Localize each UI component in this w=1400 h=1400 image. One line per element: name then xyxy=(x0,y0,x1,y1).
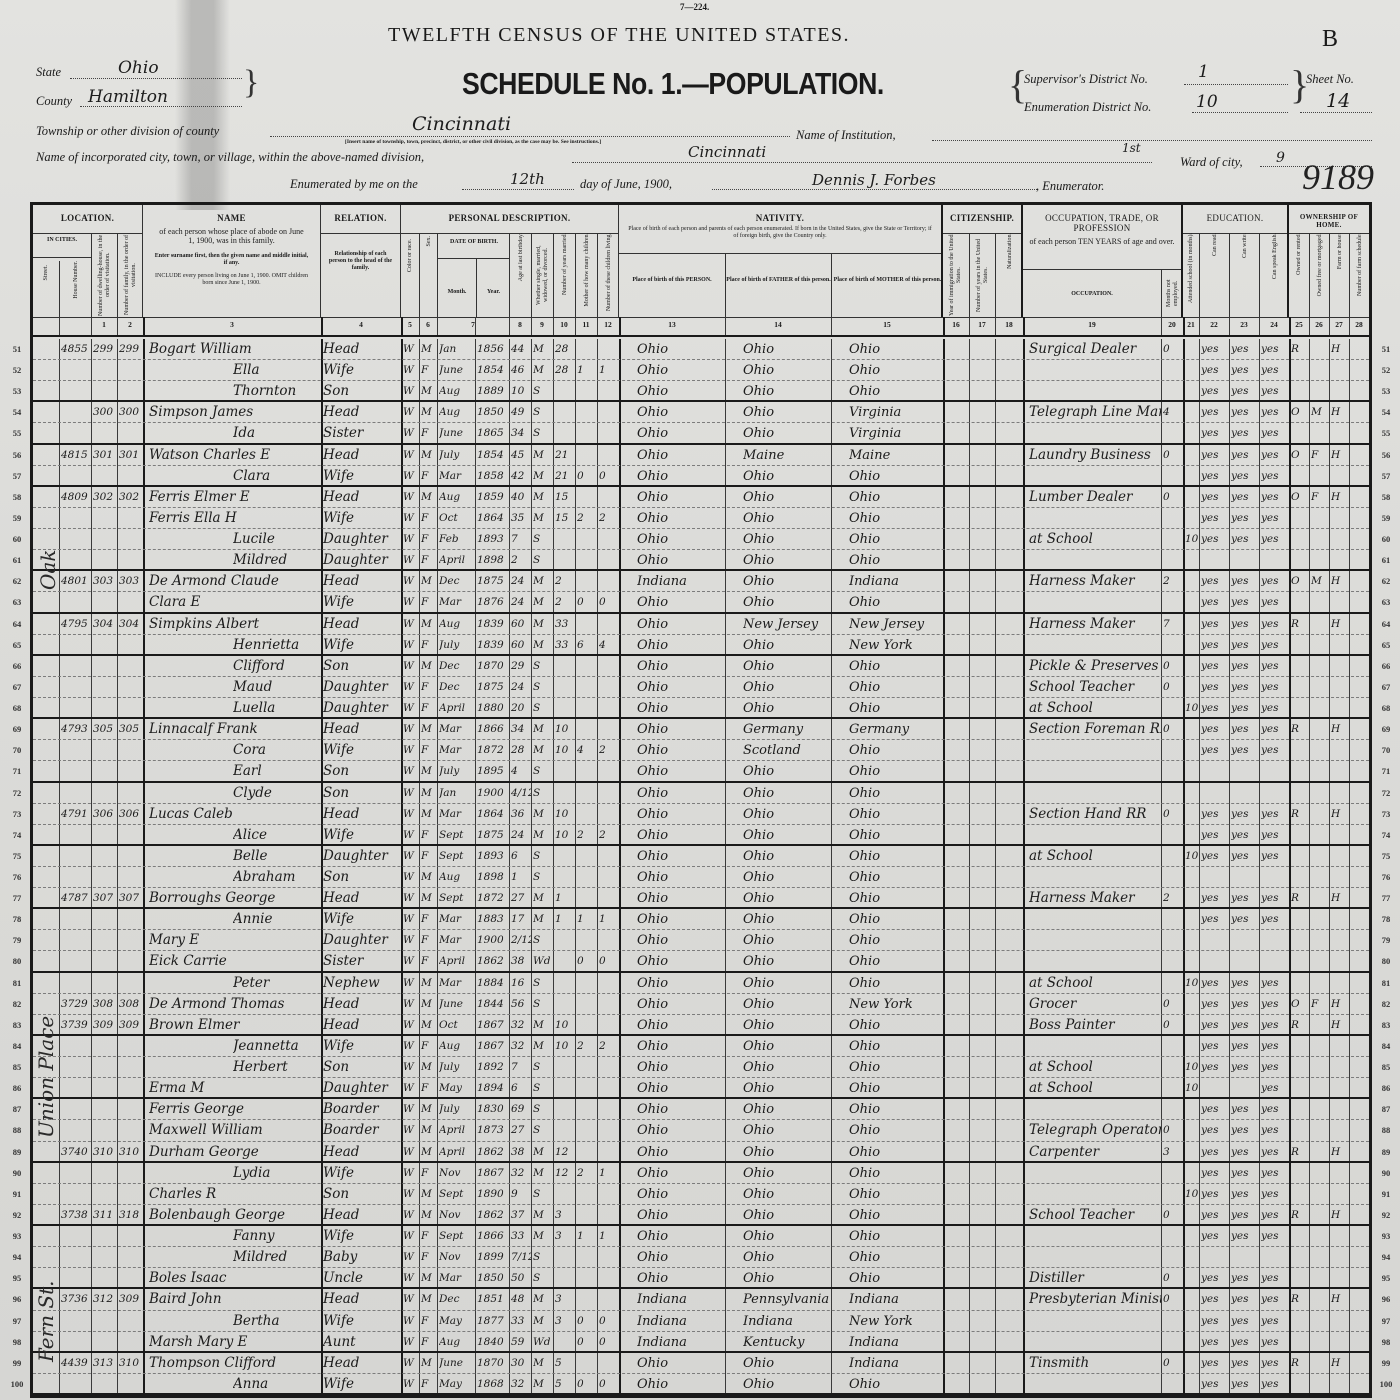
cell-yr: 1865 xyxy=(477,423,509,442)
cell-mp: Virginia xyxy=(849,402,943,422)
cell-rd: yes xyxy=(1201,1353,1229,1373)
cell-ym xyxy=(555,1078,575,1097)
cell-occ xyxy=(1029,1099,1161,1119)
cell-mon: April xyxy=(439,1120,475,1140)
cell-fp: Ohio xyxy=(743,973,831,993)
cell-age: 24 xyxy=(511,571,531,591)
can-read-header: Can read. xyxy=(1199,233,1230,317)
cell-wr: yes xyxy=(1231,1142,1259,1161)
name-title: NAME xyxy=(143,205,320,223)
cell-col: W xyxy=(403,1353,419,1373)
cell-ch xyxy=(577,423,597,442)
cell-sch: 10 xyxy=(1185,1057,1199,1077)
cell-sch xyxy=(1185,1332,1199,1351)
cell-mu: 0 xyxy=(1163,1120,1183,1140)
cell-fp: Pennsylvania xyxy=(743,1289,831,1309)
cell-sex: F xyxy=(421,1226,437,1246)
cell-col: W xyxy=(403,719,419,739)
cell-ms: S xyxy=(533,656,553,676)
row-number-left: 65 xyxy=(6,640,28,650)
cell-own: R xyxy=(1291,1353,1309,1373)
cell-col: W xyxy=(403,1142,419,1161)
cell-en: yes xyxy=(1261,381,1289,400)
cell-occ xyxy=(1029,867,1161,887)
cell-age: 7/12 xyxy=(511,1247,531,1267)
owned-rented-header-text: Owned or rented. xyxy=(1296,233,1303,275)
immigration-header-text: Year of immigration to the United States… xyxy=(949,233,963,317)
free-mortgaged-header-text: Owned free or mortgaged. xyxy=(1317,233,1324,296)
cell-name: Belle xyxy=(233,846,321,866)
cell-name: Lydia xyxy=(233,1163,321,1183)
cell-sex: F xyxy=(421,466,437,485)
cell-mp: Indiana xyxy=(849,1353,943,1373)
cell-name: Abraham xyxy=(233,867,321,887)
cell-occ xyxy=(1029,360,1161,380)
row-number-right: 99 xyxy=(1375,1358,1397,1368)
cell-sch xyxy=(1185,1142,1199,1161)
cell-dw xyxy=(93,656,117,676)
schedule-title: SCHEDULE No. 1.—POPULATION. xyxy=(462,66,884,102)
cell-house xyxy=(61,677,91,697)
cell-age: 40 xyxy=(511,487,531,507)
cell-occ: at School xyxy=(1029,1057,1161,1077)
cell-cl xyxy=(599,888,619,907)
cell-col: W xyxy=(403,867,419,887)
cell-name: Thompson Clifford xyxy=(149,1353,321,1373)
column-rule xyxy=(1023,317,1025,335)
cell-mp: Ohio xyxy=(849,825,943,844)
cell-sex: M xyxy=(421,1015,437,1034)
cell-wr xyxy=(1231,1247,1259,1267)
attended-school-header: Attended school (in months). xyxy=(1183,233,1199,317)
cell-house xyxy=(61,1226,91,1246)
cell-rd: yes xyxy=(1201,846,1229,866)
table-row: Charles RSonWMSept18909SOhioOhioOhio10ye… xyxy=(33,1184,1369,1205)
row-number-right: 56 xyxy=(1375,450,1397,460)
cell-col: W xyxy=(403,804,419,824)
cell-house xyxy=(61,930,91,950)
cell-sex: F xyxy=(421,635,437,654)
table-row: 3739309309Brown ElmerHeadWMOct186732M10O… xyxy=(33,1015,1369,1036)
cell-mon: Aug xyxy=(439,1036,475,1056)
cell-sex: F xyxy=(421,677,437,697)
table-row: Marsh Mary EAuntWFAug184059Wd00IndianaKe… xyxy=(33,1332,1369,1353)
cell-dw xyxy=(93,1057,117,1077)
education-header: EDUCATION. Attended school (in months). … xyxy=(1183,205,1289,317)
cell-wr: yes xyxy=(1231,994,1259,1014)
cell-sch xyxy=(1185,656,1199,676)
color-header-text: Color or race. xyxy=(407,239,414,272)
cell-ms: M xyxy=(533,1163,553,1183)
cell-fam: 309 xyxy=(119,1015,143,1034)
enum-day-line xyxy=(462,189,574,190)
column-rule xyxy=(943,317,945,335)
cell-age: 34 xyxy=(511,423,531,442)
cell-sch xyxy=(1185,1374,1199,1393)
cell-dw xyxy=(93,1374,117,1393)
column-rule xyxy=(995,317,996,335)
row-number-right: 92 xyxy=(1375,1210,1397,1220)
cell-cl: 2 xyxy=(599,1036,619,1056)
cell-mon: Mar xyxy=(439,930,475,950)
cell-fp: Ohio xyxy=(743,888,831,907)
cell-name: Ferris Elmer E xyxy=(149,487,321,507)
cell-mu: 0 xyxy=(1163,656,1183,676)
cell-sch: 10 xyxy=(1185,698,1199,717)
cell-own xyxy=(1291,1120,1309,1140)
speak-english-header-text: Can speak English. xyxy=(1272,233,1279,279)
date-of-birth-header: DATE OF BIRTH. Month. Year. xyxy=(437,233,510,317)
cell-en: yes xyxy=(1261,1120,1289,1140)
cell-occ xyxy=(1029,1036,1161,1056)
cell-col: W xyxy=(403,445,419,465)
row-number-right: 70 xyxy=(1375,745,1397,755)
cell-name: Peter xyxy=(233,973,321,993)
cell-rel: Uncle xyxy=(323,1268,401,1287)
cell-ch xyxy=(577,614,597,634)
cell-rel: Head xyxy=(323,1015,401,1034)
cell-col: W xyxy=(403,381,419,400)
cell-yr: 1854 xyxy=(477,360,509,380)
cell-mp: Ohio xyxy=(849,466,943,485)
row-number-left: 61 xyxy=(6,555,28,565)
column-rule xyxy=(1309,317,1310,335)
cell-occ: Harness Maker xyxy=(1029,614,1161,634)
cell-name: Baird John xyxy=(149,1289,321,1309)
cell-mu xyxy=(1163,698,1183,717)
color-header: Color or race. xyxy=(401,239,419,317)
cell-yr: 1875 xyxy=(477,677,509,697)
cell-house xyxy=(61,1247,91,1267)
cell-yr: 1900 xyxy=(477,783,509,803)
row-number-right: 68 xyxy=(1375,703,1397,713)
cell-rd: yes xyxy=(1201,1163,1229,1183)
cell-bp: Ohio xyxy=(637,951,725,970)
cell-wr: yes xyxy=(1231,529,1259,549)
cell-mp: Indiana xyxy=(849,1289,943,1309)
cell-own xyxy=(1291,761,1309,780)
cell-rel: Daughter xyxy=(323,529,401,549)
cell-fh xyxy=(1331,635,1349,654)
row-number-left: 82 xyxy=(6,999,28,1009)
column-rule xyxy=(59,317,60,335)
column-number-24: 24 xyxy=(1259,320,1289,329)
cell-dw xyxy=(93,1332,117,1351)
cell-dw xyxy=(93,846,117,866)
cell-fm xyxy=(1311,635,1329,654)
cell-fh xyxy=(1331,656,1349,676)
cell-mon: Aug xyxy=(439,381,475,400)
cell-fam xyxy=(119,930,143,950)
cell-name: Henrietta xyxy=(233,635,321,654)
cell-house: 3736 xyxy=(61,1289,91,1309)
years-married-header-text: Number of years married. xyxy=(562,233,569,295)
cell-en: yes xyxy=(1261,1268,1289,1287)
cell-wr: yes xyxy=(1231,381,1259,400)
sex-header: Sex. xyxy=(419,233,438,317)
cell-en xyxy=(1261,1247,1289,1267)
cell-col: W xyxy=(403,487,419,507)
cell-ch: 1 xyxy=(577,1226,597,1246)
cell-wr: yes xyxy=(1231,1099,1259,1119)
cell-col: W xyxy=(403,1205,419,1224)
cell-dw xyxy=(93,1163,117,1183)
cell-sch xyxy=(1185,1163,1199,1183)
birth-mother-header: Place of birth of MOTHER of this person. xyxy=(831,253,943,317)
cell-dw xyxy=(93,1099,117,1119)
cell-ch: 0 xyxy=(577,592,597,611)
cell-fm xyxy=(1311,529,1329,549)
cell-rel: Head xyxy=(323,487,401,507)
table-row: Ferris Ella HWifeWFOct186435M1522OhioOhi… xyxy=(33,508,1369,529)
cell-mon: Aug xyxy=(439,487,475,507)
cell-age: 34 xyxy=(511,719,531,739)
cell-house: 4795 xyxy=(61,614,91,634)
cell-sch xyxy=(1185,487,1199,507)
cell-mp: Indiana xyxy=(849,571,943,591)
row-number-right: 65 xyxy=(1375,640,1397,650)
cell-dw: 301 xyxy=(93,445,117,465)
column-rule xyxy=(969,317,970,335)
cell-cl: 0 xyxy=(599,1311,619,1331)
cell-fh xyxy=(1331,508,1349,528)
cell-wr: yes xyxy=(1231,339,1259,359)
birth-father-header: Place of birth of FATHER of this person. xyxy=(725,253,831,317)
cell-dw xyxy=(93,381,117,400)
column-rule xyxy=(1259,317,1260,335)
cell-bp: Ohio xyxy=(637,508,725,528)
table-row: ThorntonSonWMAug188910SOhioOhioOhioyesye… xyxy=(33,381,1369,402)
cell-ms: S xyxy=(533,1247,553,1267)
dwelling-header: Number of dwelling-house, in the order o… xyxy=(91,233,118,317)
cell-col: W xyxy=(403,635,419,654)
cell-house: 3739 xyxy=(61,1015,91,1034)
cell-age: 17 xyxy=(511,909,531,929)
cell-cl xyxy=(599,867,619,887)
cell-occ: Distiller xyxy=(1029,1268,1161,1287)
cell-fp: Ohio xyxy=(743,508,831,528)
cell-mp: Ohio xyxy=(849,1163,943,1183)
cell-bp: Ohio xyxy=(637,445,725,465)
divider xyxy=(321,233,401,234)
table-row: Erma MDaughterWFMay18946SOhioOhioOhioat … xyxy=(33,1078,1369,1099)
cell-fp: Ohio xyxy=(743,360,831,380)
cell-fm xyxy=(1311,1332,1329,1351)
table-row: MildredBabyWFNov18997/12SOhioOhioOhio xyxy=(33,1247,1369,1268)
column-rule xyxy=(619,317,621,335)
cell-yr: 1839 xyxy=(477,635,509,654)
row-number-left: 54 xyxy=(6,407,28,417)
cell-mu: 0 xyxy=(1163,1268,1183,1287)
cell-fp: Ohio xyxy=(743,1184,831,1204)
cell-age: 27 xyxy=(511,888,531,907)
cell-ym xyxy=(555,1099,575,1119)
cell-wr: yes xyxy=(1231,1353,1259,1373)
cell-mu xyxy=(1163,1057,1183,1077)
cell-cl xyxy=(599,1289,619,1309)
cell-ym: 12 xyxy=(555,1142,575,1161)
cell-age: 38 xyxy=(511,1142,531,1161)
cell-fam xyxy=(119,867,143,887)
cell-rd: yes xyxy=(1201,677,1229,697)
cell-col: W xyxy=(403,656,419,676)
cell-ch xyxy=(577,1015,597,1034)
age-header: Age at last birthday. xyxy=(509,233,532,317)
cell-dw xyxy=(93,1247,117,1267)
occupation-header: OCCUPATION, TRADE, OR PROFESSION of each… xyxy=(1023,205,1183,317)
cell-ms: M xyxy=(533,1226,553,1246)
cell-mp: Ohio xyxy=(849,804,943,824)
sheet-value: 14 xyxy=(1326,90,1350,112)
cell-sex: M xyxy=(421,571,437,591)
family-header-text: Number of family, in the order of visita… xyxy=(124,233,138,317)
cell-house xyxy=(61,656,91,676)
cell-cl xyxy=(599,1015,619,1034)
cell-mon: April xyxy=(439,698,475,717)
cell-en: yes xyxy=(1261,360,1289,380)
cell-ym: 1 xyxy=(555,909,575,929)
cell-fam xyxy=(119,592,143,611)
farm-schedule-header: Number of farm schedule. xyxy=(1349,233,1369,317)
cell-name: Lucas Caleb xyxy=(149,804,321,824)
cell-fam xyxy=(119,529,143,549)
column-rule xyxy=(117,317,118,335)
cell-sex: F xyxy=(421,1374,437,1393)
cell-own xyxy=(1291,550,1309,569)
row-number-right: 83 xyxy=(1375,1020,1397,1030)
cell-fh: H xyxy=(1331,614,1349,634)
cell-name: Bogart William xyxy=(149,339,321,359)
column-rule xyxy=(831,317,832,335)
cell-sex: M xyxy=(421,402,437,422)
row-number-left: 88 xyxy=(6,1125,28,1135)
cell-occ xyxy=(1029,466,1161,485)
cell-ym xyxy=(555,1332,575,1351)
cell-ym xyxy=(555,402,575,422)
cell-en: yes xyxy=(1261,1099,1289,1119)
cell-house xyxy=(61,783,91,803)
cell-occ xyxy=(1029,783,1161,803)
years-us-header-text: Number of years in the United States. xyxy=(976,233,990,317)
cell-rel: Son xyxy=(323,1184,401,1204)
cell-ym: 33 xyxy=(555,614,575,634)
cell-rd: yes xyxy=(1201,1311,1229,1331)
cell-fam xyxy=(119,360,143,380)
cell-fp: Indiana xyxy=(743,1311,831,1331)
cell-mp: New York xyxy=(849,635,943,654)
cell-fam: 299 xyxy=(119,339,143,359)
cell-fp: Ohio xyxy=(743,1353,831,1373)
cell-sex: F xyxy=(421,846,437,866)
cell-ym: 5 xyxy=(555,1353,575,1373)
cell-fm xyxy=(1311,1078,1329,1097)
cell-wr: yes xyxy=(1231,740,1259,760)
table-row: LydiaWifeWFNov186732M1221OhioOhioOhioyes… xyxy=(33,1163,1369,1184)
cell-rel: Wife xyxy=(323,1226,401,1246)
cell-col: W xyxy=(403,1226,419,1246)
cell-bp: Ohio xyxy=(637,592,725,611)
cell-fam: 301 xyxy=(119,445,143,465)
cell-fm: M xyxy=(1311,571,1329,591)
row-number-right: 67 xyxy=(1375,682,1397,692)
cell-rel: Nephew xyxy=(323,973,401,993)
cell-rd xyxy=(1201,1247,1229,1267)
cell-ym: 15 xyxy=(555,508,575,528)
cell-bp: Ohio xyxy=(637,1142,725,1161)
table-row: 3740310310Durham GeorgeHeadWMApril186238… xyxy=(33,1142,1369,1163)
marital-header: Whether single, married, widowed, or div… xyxy=(531,233,554,317)
cell-en: yes xyxy=(1261,909,1289,929)
cell-ch xyxy=(577,1078,597,1097)
cell-en: yes xyxy=(1261,719,1289,739)
cell-col: W xyxy=(403,1099,419,1119)
row-number-left: 52 xyxy=(6,365,28,375)
cell-en: yes xyxy=(1261,1142,1289,1161)
cell-ym xyxy=(555,381,575,400)
cell-house xyxy=(61,529,91,549)
cell-own: R xyxy=(1291,1289,1309,1309)
cell-wr: yes xyxy=(1231,614,1259,634)
cell-ms: S xyxy=(533,1057,553,1077)
supervisor-district-value: 1 xyxy=(1198,62,1209,82)
cell-ym xyxy=(555,550,575,569)
years-us-header: Number of years in the United States. xyxy=(969,233,996,317)
cell-mp: Ohio xyxy=(849,1247,943,1267)
cell-cl: 0 xyxy=(599,592,619,611)
cell-mu xyxy=(1163,973,1183,993)
cell-own xyxy=(1291,1247,1309,1267)
cell-age: 46 xyxy=(511,360,531,380)
cell-en: yes xyxy=(1261,677,1289,697)
cell-ym: 3 xyxy=(555,1289,575,1309)
column-number-26: 26 xyxy=(1309,320,1329,329)
cell-fam xyxy=(119,1184,143,1204)
cell-col: W xyxy=(403,571,419,591)
cell-fh xyxy=(1331,1332,1349,1351)
cell-bp: Ohio xyxy=(637,740,725,760)
cell-bp: Ohio xyxy=(637,466,725,485)
cell-own xyxy=(1291,973,1309,993)
cell-fam: 310 xyxy=(119,1353,143,1373)
cell-yr: 1898 xyxy=(477,867,509,887)
cell-ms: M xyxy=(533,740,553,760)
cell-occ: Surgical Dealer xyxy=(1029,339,1161,359)
cell-rd: yes xyxy=(1201,994,1229,1014)
cell-bp: Ohio xyxy=(637,719,725,739)
cell-dw xyxy=(93,508,117,528)
cell-rd xyxy=(1201,761,1229,780)
cell-rel: Head xyxy=(323,402,401,422)
cell-mp: Ohio xyxy=(849,1205,943,1224)
row-number-left: 81 xyxy=(6,978,28,988)
cell-rel: Head xyxy=(323,888,401,907)
row-number-right: 69 xyxy=(1375,724,1397,734)
cell-occ xyxy=(1029,1226,1161,1246)
cell-rel: Head xyxy=(323,804,401,824)
cell-yr: 1866 xyxy=(477,719,509,739)
cell-age: 30 xyxy=(511,1353,531,1373)
nativity-header: NATIVITY. Place of birth of each person … xyxy=(619,205,943,317)
cell-house: 3729 xyxy=(61,994,91,1014)
enumeration-district-value: 10 xyxy=(1196,92,1218,112)
column-number-23: 23 xyxy=(1229,320,1259,329)
cell-cl xyxy=(599,656,619,676)
column-number-22: 22 xyxy=(1199,320,1229,329)
cell-ch xyxy=(577,1184,597,1204)
cell-fam xyxy=(119,508,143,528)
cell-ch: 2 xyxy=(577,1036,597,1056)
cell-own: O xyxy=(1291,487,1309,507)
